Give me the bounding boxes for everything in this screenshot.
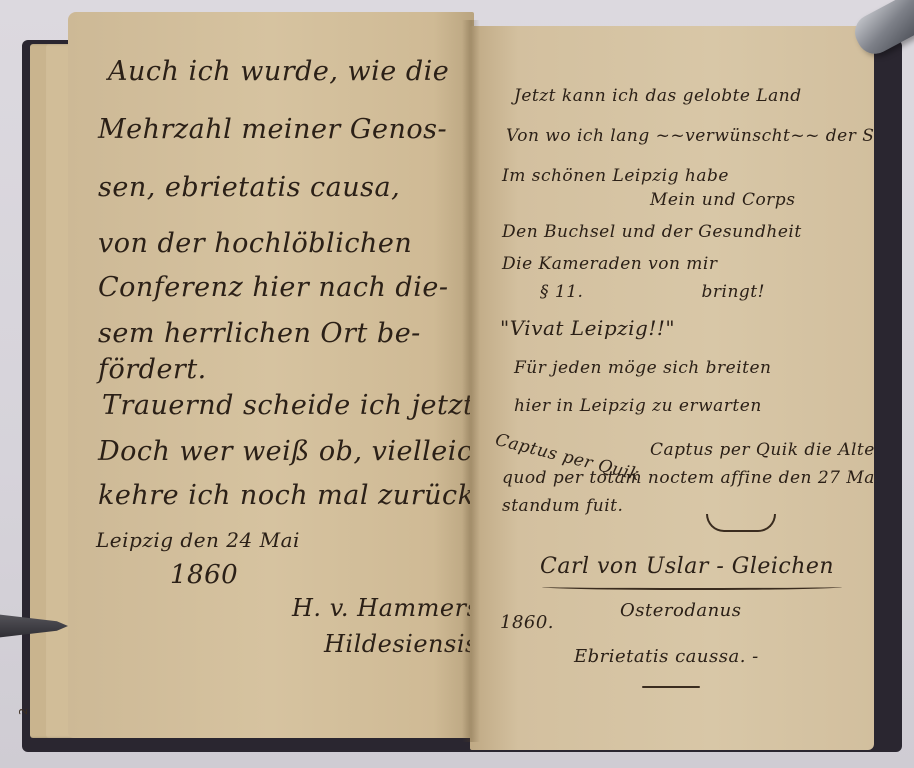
- right-line-5: Den Buchsel und der Gesundheit: [502, 222, 802, 242]
- right-line-11: Captus per Quik die Alten Linden: [650, 440, 874, 460]
- right-line-13: standum fuit.: [502, 496, 623, 516]
- left-line-5: Conferenz hier nach die-: [98, 272, 448, 303]
- book-gutter: [462, 20, 480, 742]
- closing-flourish: [642, 686, 700, 688]
- right-page: Jetzt kann ich das gelobte Land Von wo i…: [470, 26, 874, 750]
- right-line-3: Im schönen Leipzig habe: [502, 166, 729, 186]
- right-line-12: quod per totam noctem affine den 27 Mai …: [502, 468, 874, 488]
- right-line-8: "Vivat Leipzig!!": [500, 316, 675, 340]
- left-line-10: kehre ich noch mal zurück: [98, 480, 474, 511]
- left-page: Auch ich wurde, wie die Mehrzahl meiner …: [68, 12, 474, 738]
- right-line-7: § 11. bringt!: [540, 282, 765, 302]
- left-signature: H. v. Hammerstein: [292, 594, 474, 622]
- right-line-9: Für jeden möge sich breiten: [514, 358, 772, 378]
- signature-underline: [542, 584, 842, 590]
- right-year: 1860.: [500, 612, 554, 633]
- left-line-6: sem herrlichen Ort be-: [98, 318, 421, 349]
- right-line-6: Die Kameraden von mir: [502, 254, 717, 274]
- flourish-mark: [706, 514, 776, 532]
- right-signature-origin: Osterodanus: [620, 600, 742, 621]
- left-line-1: Auch ich wurde, wie die: [108, 56, 449, 87]
- right-line-2: Von wo ich lang ~~verwünscht~~ der Sinn …: [506, 126, 874, 146]
- right-line-4: Mein und Corps: [650, 190, 795, 210]
- left-line-9: Doch wer weiß ob, vielleicht: [98, 436, 474, 467]
- left-line-8: Trauernd scheide ich jetzt,: [102, 390, 474, 421]
- page-edge-mark: 2: [17, 708, 30, 715]
- left-line-7: fördert.: [98, 354, 207, 385]
- left-line-3: sen, ebrietatis causa,: [98, 172, 400, 203]
- left-year: 1860: [170, 560, 238, 590]
- left-place-date: Leipzig den 24 Mai: [96, 528, 300, 552]
- right-signature: Carl von Uslar - Gleichen: [540, 554, 834, 579]
- right-line-1: Jetzt kann ich das gelobte Land: [514, 86, 802, 106]
- right-line-10: hier in Leipzig zu erwarten: [514, 396, 762, 416]
- left-signature-origin: Hildesiensis: [324, 630, 474, 658]
- left-line-2: Mehrzahl meiner Genos-: [98, 114, 447, 145]
- left-line-4: von der hochlöblichen: [98, 228, 412, 259]
- right-closing: Ebrietatis caussa. -: [574, 646, 759, 667]
